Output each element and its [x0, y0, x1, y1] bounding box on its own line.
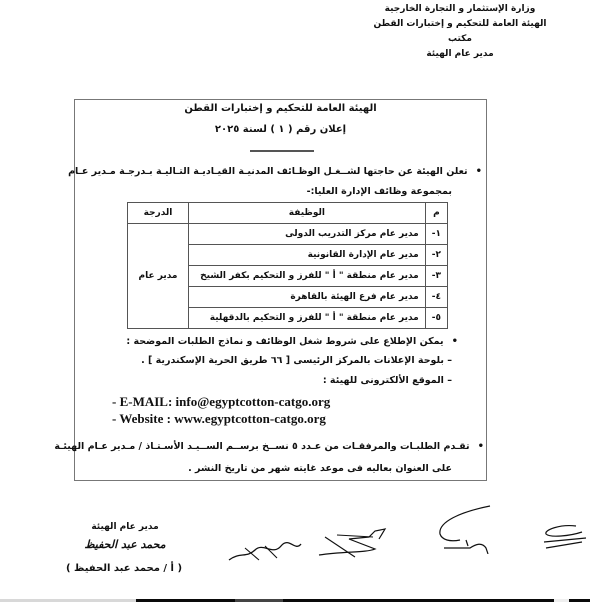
ministry-name: وزارة الإستثمار و التجارة الخارجية [340, 2, 580, 17]
bullet-icon: • [452, 336, 458, 347]
row-job: مدير عام منطقة " أ " للفرز و التحكيم بكف… [189, 266, 426, 287]
signature-5-icon [540, 522, 590, 552]
row-job: مدير عام فرع الهيئة بالقاهرة [189, 287, 426, 308]
announcement-number: إعلان رقم ( ١ ) لسنة ٢٠٢٥ [74, 124, 487, 135]
signature-2-icon [225, 530, 305, 570]
row-num: ٣- [425, 266, 447, 287]
intro-line-2: بمجموعة وظائف الإدارة العليا:- [307, 186, 452, 197]
authority-name: الهيئة العامة للتحكيم و إختبارات القطن [340, 17, 580, 32]
bullet-icon: • [478, 441, 484, 452]
title-divider [250, 150, 314, 152]
signature-4-icon [430, 504, 510, 554]
email-line: - E-MAIL: info@egyptcotton-catgo.org [112, 394, 330, 410]
location-line: – بلوحة الإعلانات بالمركز الرئيسى [ ٦٦ ط… [141, 355, 452, 366]
jobs-table: م الوظيفة الدرجة ١- مدير عام مركز التدري… [127, 202, 448, 329]
chief-signature: محمد عبد الحفيظ [70, 538, 180, 551]
row-num: ٤- [425, 287, 447, 308]
office-title: مدير عام الهيئة [340, 47, 580, 62]
row-grade: مدير عام [128, 224, 189, 329]
row-num: ٥- [425, 308, 447, 329]
office-label: مكتب [340, 32, 580, 47]
bullet-icon: • [476, 166, 482, 177]
row-job: مدير عام مركز التدريب الدولى [189, 224, 426, 245]
website-line: - Website : www.egyptcotton-catgo.org [112, 411, 326, 427]
header-job: الوظيفة [189, 203, 426, 224]
submit-line-1: •تقـدم الطلبـات والمرفقـات من عـدد ٥ نسـ… [54, 441, 484, 452]
intro-line-1: •تعلن الهيئة عن حاجتها لشــغـل الوظـائف … [68, 166, 482, 177]
letterhead: وزارة الإستثمار و التجارة الخارجية الهيئ… [340, 2, 580, 62]
website-label-line: – الموقع الألكترونى للهيئة : [323, 375, 452, 386]
table-row: ١- مدير عام مركز التدريب الدولى مدير عام [128, 224, 448, 245]
chief-caption: مدير عام الهيئة [70, 522, 180, 532]
announcement-org: الهيئة العامة للتحكيم و إختبارات القطن [74, 103, 487, 114]
header-num: م [425, 203, 447, 224]
table-header-row: م الوظيفة الدرجة [128, 203, 448, 224]
row-num: ١- [425, 224, 447, 245]
row-job: مدير عام منطقة " أ " للفرز و التحكيم بال… [189, 308, 426, 329]
header-grade: الدرجة [128, 203, 189, 224]
conditions-line: •يمكن الإطلاع على شروط شغل الوظائف و نما… [126, 336, 458, 347]
chief-name: ( أ / محمد عبد الحفيظ ) [62, 563, 186, 574]
submit-line-2: على العنوان بعاليه فى موعد غايته شهر من … [188, 463, 452, 474]
row-job: مدير عام الإدارة القانونية [189, 245, 426, 266]
row-num: ٢- [425, 245, 447, 266]
signature-3-icon [315, 525, 390, 565]
